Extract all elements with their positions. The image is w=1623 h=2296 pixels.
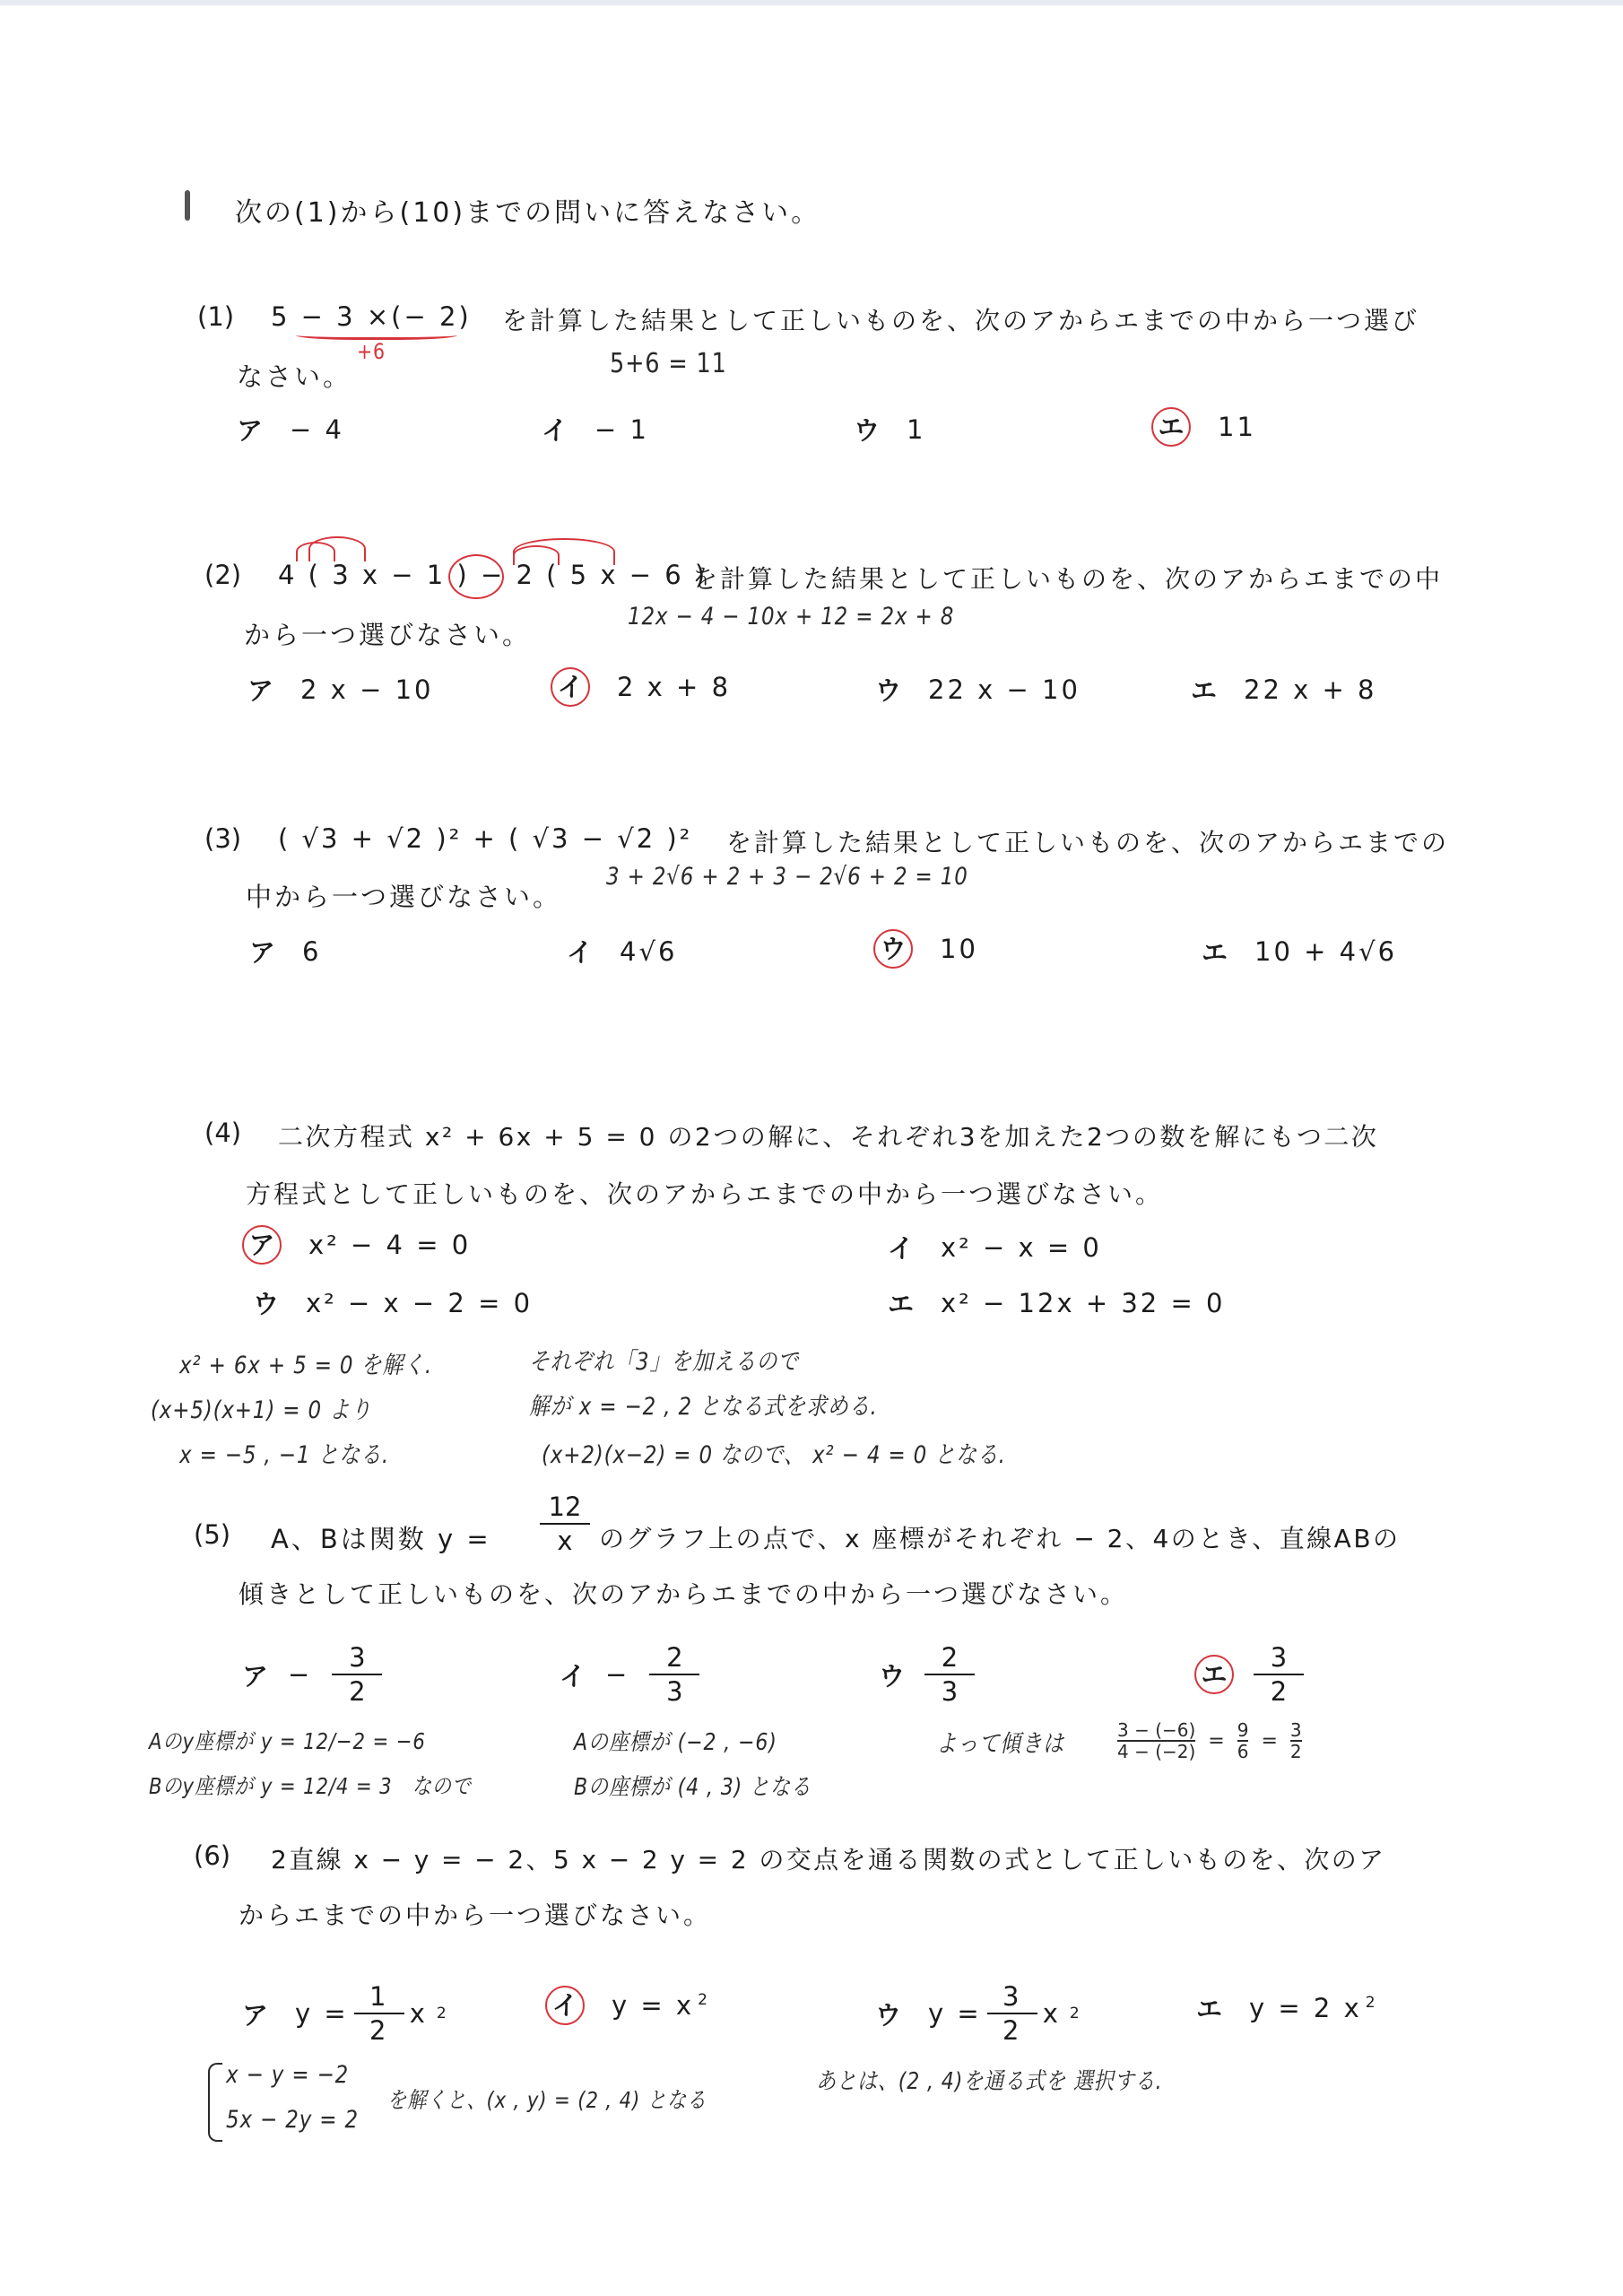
scan-top-edge (0, 0, 1623, 5)
fraction-denominator: 3 (666, 1675, 682, 1708)
choice-value: 1 (907, 414, 925, 445)
choice-value: 2 x + 8 (617, 672, 731, 702)
choice-label: イ (560, 1657, 586, 1693)
choice-value: 6 (302, 936, 321, 967)
system-brace (208, 2063, 222, 2142)
choice-label: エ (1202, 933, 1228, 970)
section-marker (185, 190, 190, 221)
handwritten-work: Bの座標が (4 , 3) となる (574, 1769, 811, 1802)
fraction-denominator: x (557, 1525, 572, 1557)
fraction-denominator: 3 (942, 1675, 958, 1708)
choice-label: エ (1196, 1989, 1222, 2026)
red-annotation: +6 (357, 339, 386, 364)
handwritten-work: Aのy座標が y = 12/−2 = −6 (149, 1724, 426, 1756)
choice-label: ア (242, 1657, 268, 1693)
handwritten-fraction: 9 6 (1237, 1720, 1249, 1761)
circled-answer-mark: エ (1194, 1655, 1234, 1694)
choice-value: 4√6 (620, 936, 677, 967)
circled-answer-mark: ア (242, 1225, 282, 1265)
question-text-cont: 中から一つ選びなさい。 (246, 877, 561, 914)
choice-value: x² − 4 = 0 (308, 1230, 471, 1260)
choice-i[interactable]: イ 4√6 (567, 933, 677, 970)
choice-a[interactable]: ア y = 12 x2 (242, 1980, 449, 2047)
question-expression: 4 ( 3 x − 1 ) − 2 ( 5 x − 6 ) (278, 560, 707, 590)
choice-fraction: 2 3 (649, 1641, 699, 1708)
question-text-cont: からエまでの中から一つ選びなさい。 (239, 1896, 711, 1932)
question-text: を計算した結果として正しいものを、次のアからエまでの中 (692, 560, 1443, 596)
question-number: (1) (197, 301, 234, 332)
question-text-cont: なさい。 (237, 357, 352, 394)
choice-i[interactable]: イ − 2 3 (560, 1641, 699, 1708)
choice-label: イ (542, 411, 568, 448)
choice-e-selected[interactable]: エ 3 2 (1200, 1641, 1304, 1708)
choice-value: 2 x − 10 (300, 674, 433, 705)
choice-value: x² − 12x + 32 = 0 (941, 1288, 1225, 1318)
fraction-numerator: 9 (1237, 1720, 1249, 1740)
question-number: (2) (204, 560, 241, 590)
choice-label: イ (567, 933, 593, 970)
fraction-numerator: 3 (1271, 1641, 1287, 1674)
choice-a[interactable]: ア − 3 2 (242, 1641, 382, 1708)
handwritten-work: 5+6 = 11 (610, 348, 727, 379)
choice-label: ア (242, 1996, 268, 2032)
red-distribution-arc (296, 542, 335, 561)
choice-value: x² − x − 2 = 0 (306, 1288, 533, 1318)
question-text-cont: 方程式として正しいものを、次のアからエまでの中から一つ選びなさい。 (246, 1175, 1163, 1211)
choice-value: − 1 (595, 414, 649, 445)
choice-fraction: 32 (987, 1980, 1037, 2047)
fraction-denominator: 6 (1237, 1742, 1249, 1761)
choice-fraction: 2 3 (924, 1641, 975, 1708)
question-text-cont: 傾きとして正しいものを、次のアからエまでの中から一つ選びなさい。 (239, 1575, 1128, 1611)
choice-label: イ (888, 1229, 914, 1265)
fraction-denominator: 4 − (−2) (1117, 1742, 1195, 1761)
choice-fraction: 3 2 (332, 1641, 382, 1708)
choice-value: x² − x = 0 (941, 1232, 1102, 1263)
circled-answer-mark: イ (551, 667, 590, 707)
choice-value: 10 (940, 934, 978, 964)
function-fraction: 12 x (540, 1491, 590, 1557)
question-number: (4) (204, 1118, 241, 1148)
fraction-denominator: 2 (369, 2014, 388, 2047)
choice-e[interactable]: エ x² − 12x + 32 = 0 (888, 1284, 1225, 1321)
choice-value: 22 x + 8 (1244, 674, 1376, 705)
fraction-denominator: 2 (349, 1675, 365, 1708)
circled-answer-mark: エ (1151, 407, 1191, 447)
choice-value: 11 (1218, 412, 1256, 442)
handwritten-work: を解くと、(x , y) = (2 , 4) となる (387, 2083, 707, 2115)
choice-value: y = 12 x2 (295, 1980, 449, 2047)
choice-i[interactable]: イ − 1 (542, 411, 649, 448)
choice-label: ウ (253, 1284, 279, 1321)
question-number: (3) (204, 823, 241, 854)
choice-label: ア (249, 933, 275, 970)
choice-u[interactable]: ウ y = 32 x2 (875, 1980, 1082, 2047)
choice-label: エ (888, 1284, 914, 1321)
question-expression: ( √3 + √2 )² + ( √3 − √2 )² (278, 823, 692, 854)
handwritten-work: それぞれ「3」を加えるので (529, 1342, 799, 1377)
choice-label: ア (237, 411, 263, 448)
fraction-numerator: 2 (942, 1641, 958, 1674)
fraction-numerator: 3 (349, 1641, 365, 1674)
choice-label: ウ (875, 671, 901, 708)
slope-calculation: よって傾きは 3 − (−6) 4 − (−2) = 9 6 = 3 2 (936, 1720, 1302, 1761)
handwritten-work: 解が x = −2 , 2 となる式を求める. (529, 1387, 878, 1422)
fraction-denominator: 2 (1002, 2014, 1021, 2047)
fraction-numerator: 3 (1290, 1720, 1302, 1740)
handwritten-work: 3 + 2√6 + 2 + 3 − 2√6 + 2 = 10 (606, 863, 968, 891)
handwritten-work: 12x − 4 − 10x + 12 = 2x + 8 (628, 603, 954, 631)
choice-label: ウ (875, 1996, 901, 2032)
choice-e[interactable]: エ y = 2 x2 (1196, 1989, 1378, 2026)
choice-e-selected[interactable]: エ 11 (1157, 407, 1256, 447)
fraction-sign: − (605, 1659, 629, 1690)
handwritten-work: (x+2)(x−2) = 0 なので、 x² − 4 = 0 となる. (542, 1435, 1006, 1470)
handwritten-work: x − y = −2 (226, 2061, 349, 2089)
handwritten-fraction: 3 2 (1290, 1720, 1302, 1761)
handwritten-work: よって傾きは (936, 1724, 1064, 1759)
question-text: A、Bは関数 y = (271, 1519, 491, 1556)
choice-i-selected[interactable]: イ y = x2 (551, 1986, 710, 2025)
question-text: 二次方程式 x² + 6x + 5 = 0 の2つの解に、それぞれ3を加えた2つ… (278, 1118, 1378, 1153)
choice-label: ウ (854, 411, 880, 448)
choice-value: y = 32 x2 (928, 1980, 1082, 2047)
choice-a[interactable]: ア 6 (249, 933, 321, 970)
choice-value: − 4 (290, 414, 344, 445)
handwritten-work: Aの座標が (−2 , −6) (574, 1724, 777, 1757)
fraction-numerator: 1 (369, 1980, 388, 2013)
question-text-cont: から一つ選びなさい。 (244, 615, 531, 652)
choice-a-selected[interactable]: ア x² − 4 = 0 (247, 1225, 471, 1265)
choice-label: ウ (879, 1657, 905, 1693)
handwritten-work: x = −5 , −1 となる. (179, 1435, 389, 1470)
choice-value: 22 x − 10 (928, 674, 1081, 705)
choice-u[interactable]: ウ 2 3 (879, 1641, 975, 1708)
question-number: (6) (194, 1840, 230, 1871)
question-number: (5) (194, 1519, 230, 1550)
question-text: のグラフ上の点で、x 座標がそれぞれ − 2、4のとき、直線ABの (599, 1519, 1401, 1555)
handwritten-work: x² + 6x + 5 = 0 を解く. (179, 1345, 432, 1380)
choice-u-selected[interactable]: ウ 10 (879, 929, 978, 969)
fraction-denominator: 2 (1290, 1742, 1302, 1761)
choice-fraction: 3 2 (1254, 1641, 1304, 1708)
choice-a[interactable]: ア 2 x − 10 (247, 671, 433, 708)
handwritten-work: 5x − 2y = 2 (226, 2106, 359, 2134)
choice-u[interactable]: ウ x² − x − 2 = 0 (253, 1284, 533, 1321)
choice-i-selected[interactable]: イ 2 x + 8 (556, 667, 731, 707)
handwritten-work: (x+5)(x+1) = 0 より (151, 1390, 372, 1425)
choice-u[interactable]: ウ 1 (854, 411, 925, 448)
fraction-sign: − (288, 1659, 312, 1690)
choice-u[interactable]: ウ 22 x − 10 (875, 671, 1081, 708)
handwritten-work: Bのy座標が y = 12/4 = 3 なので (149, 1769, 472, 1801)
question-text: 2直線 x − y = − 2、5 x − 2 y = 2 の交点を通る関数の式… (271, 1840, 1386, 1876)
choice-label: エ (1191, 671, 1217, 708)
circled-answer-mark: イ (545, 1986, 585, 2025)
choice-label: ア (247, 671, 273, 708)
choice-e[interactable]: エ 22 x + 8 (1191, 671, 1376, 708)
fraction-numerator: 2 (666, 1641, 682, 1674)
choice-value: y = 2 x2 (1249, 1993, 1378, 2023)
circled-answer-mark: ウ (873, 929, 913, 969)
choice-i[interactable]: イ x² − x = 0 (888, 1229, 1102, 1265)
choice-e[interactable]: エ 10 + 4√6 (1202, 933, 1397, 970)
fraction-numerator: 12 (549, 1491, 582, 1523)
handwritten-fraction: 3 − (−6) 4 − (−2) (1117, 1720, 1195, 1761)
section-instruction: 次の(1)から(10)までの問いに答えなさい。 (235, 190, 820, 230)
choice-a[interactable]: ア − 4 (237, 411, 344, 448)
question-text: を計算した結果として正しいものを、次のアからエまでの中から一つ選び (502, 301, 1419, 337)
question-expression: 5 − 3 ×(− 2) (271, 301, 472, 332)
choice-value: 10 + 4√6 (1254, 936, 1397, 967)
handwritten-work: あとは、(2 , 4)を通る式を 選択する. (816, 2063, 1162, 2096)
choice-value: y = x2 (612, 1990, 710, 2021)
fraction-denominator: 2 (1271, 1675, 1287, 1708)
fraction-numerator: 3 (1002, 1980, 1021, 2013)
choice-fraction: 12 (354, 1980, 404, 2047)
fraction-numerator: 3 − (−6) (1117, 1720, 1195, 1740)
question-text: を計算した結果として正しいものを、次のアからエまでの (726, 823, 1449, 859)
